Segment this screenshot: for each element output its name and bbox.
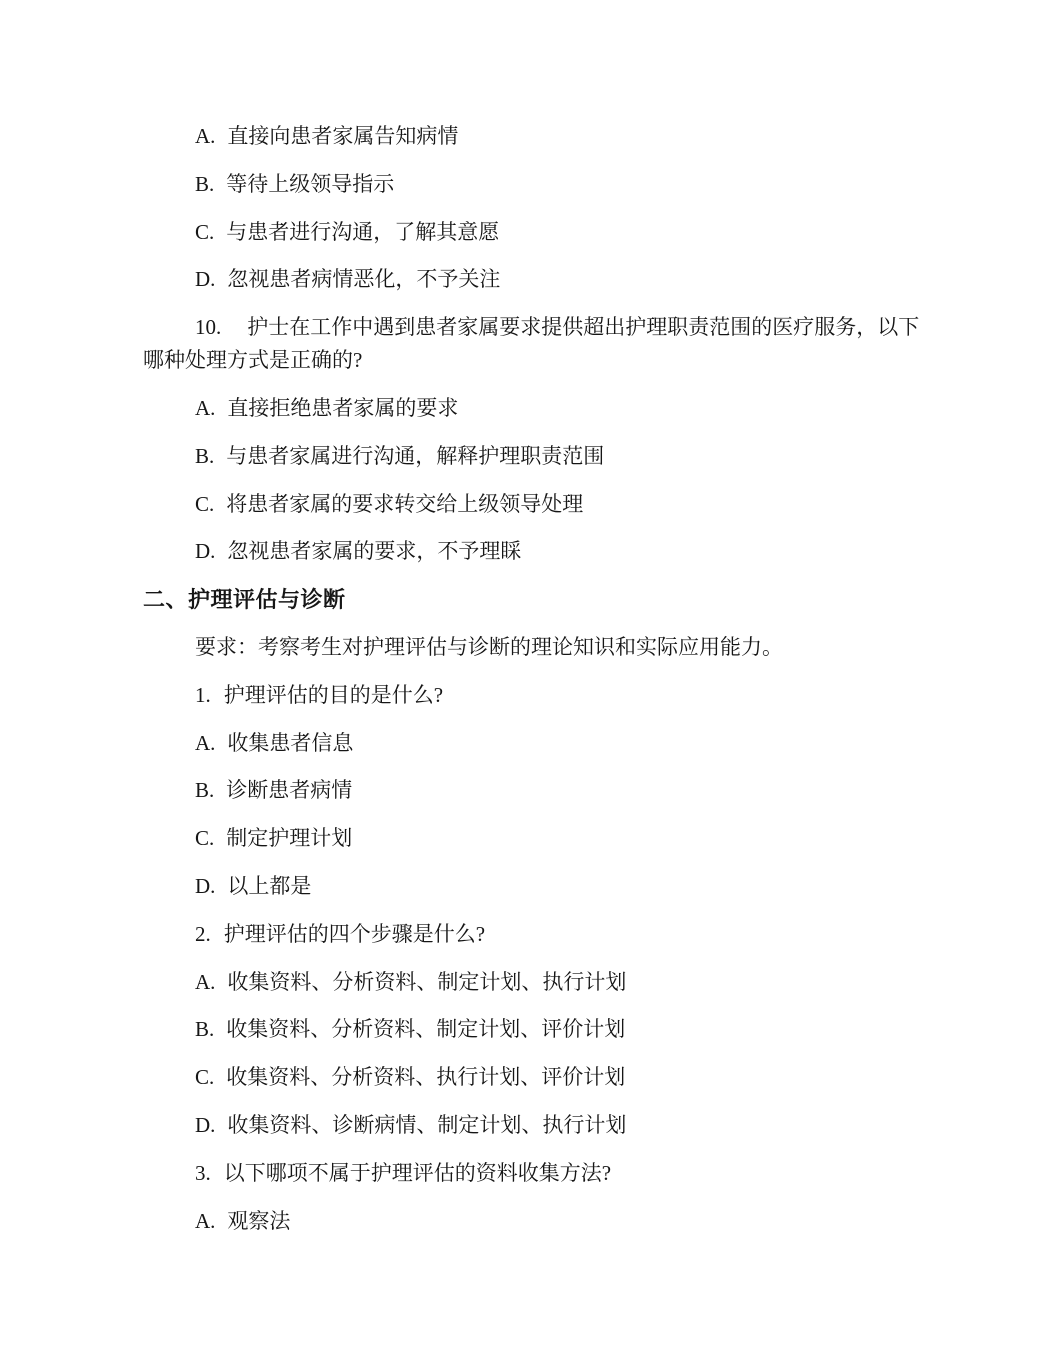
question-number: 2. bbox=[195, 922, 211, 946]
option-label: A. bbox=[195, 731, 215, 755]
option-label: B. bbox=[195, 1017, 214, 1041]
option-text: 与患者进行沟通，了解其意愿 bbox=[226, 220, 499, 244]
option-label: D. bbox=[195, 1113, 215, 1137]
question-text: 护士在工作中遇到患者家属要求提供超出护理职责范围的医疗服务，以下哪种处理方式是正… bbox=[143, 315, 919, 372]
option-label: C. bbox=[195, 1065, 214, 1089]
option-line: A.收集资料、分析资料、制定计划、执行计划 bbox=[143, 966, 938, 999]
option-label: C. bbox=[195, 492, 214, 516]
option-text: 观察法 bbox=[227, 1209, 290, 1233]
option-label: B. bbox=[195, 172, 214, 196]
option-line: C.收集资料、分析资料、执行计划、评价计划 bbox=[143, 1061, 938, 1094]
section-heading: 二、护理评估与诊断 bbox=[143, 583, 938, 616]
option-text: 等待上级领导指示 bbox=[226, 172, 394, 196]
option-text: 收集资料、诊断病情、制定计划、执行计划 bbox=[227, 1113, 626, 1137]
option-line: D.以上都是 bbox=[143, 870, 938, 903]
option-line: C.将患者家属的要求转交给上级领导处理 bbox=[143, 488, 938, 521]
option-text: 与患者家属进行沟通，解释护理职责范围 bbox=[226, 444, 604, 468]
question-number: 10. bbox=[195, 315, 221, 339]
question-line: 2.护理评估的四个步骤是什么? bbox=[143, 918, 938, 951]
option-label: A. bbox=[195, 396, 215, 420]
option-text: 忽视患者病情恶化，不予关注 bbox=[227, 267, 500, 291]
question-line: 10.护士在工作中遇到患者家属要求提供超出护理职责范围的医疗服务，以下哪种处理方… bbox=[143, 311, 938, 377]
option-text: 收集资料、分析资料、制定计划、执行计划 bbox=[227, 970, 626, 994]
question-number: 1. bbox=[195, 683, 211, 707]
option-text: 直接拒绝患者家属的要求 bbox=[227, 396, 458, 420]
option-line: C.制定护理计划 bbox=[143, 822, 938, 855]
option-label: A. bbox=[195, 970, 215, 994]
option-line: B.收集资料、分析资料、制定计划、评价计划 bbox=[143, 1013, 938, 1046]
option-label: B. bbox=[195, 778, 214, 802]
document-page: A.直接向患者家属告知病情 B.等待上级领导指示 C.与患者进行沟通，了解其意愿… bbox=[0, 0, 1056, 1365]
option-text: 诊断患者病情 bbox=[226, 778, 352, 802]
question-text: 以下哪项不属于护理评估的资料收集方法? bbox=[224, 1161, 611, 1185]
option-line: A.直接拒绝患者家属的要求 bbox=[143, 392, 938, 425]
option-line: C.与患者进行沟通，了解其意愿 bbox=[143, 216, 938, 249]
option-label: C. bbox=[195, 220, 214, 244]
option-line: A.收集患者信息 bbox=[143, 727, 938, 760]
option-line: B.诊断患者病情 bbox=[143, 774, 938, 807]
option-text: 收集资料、分析资料、执行计划、评价计划 bbox=[226, 1065, 625, 1089]
option-label: D. bbox=[195, 539, 215, 563]
option-text: 收集患者信息 bbox=[227, 731, 353, 755]
option-text: 制定护理计划 bbox=[226, 826, 352, 850]
option-line: D.忽视患者病情恶化，不予关注 bbox=[143, 263, 938, 296]
question-text: 护理评估的目的是什么? bbox=[224, 683, 443, 707]
option-line: D.收集资料、诊断病情、制定计划、执行计划 bbox=[143, 1109, 938, 1142]
question-number: 3. bbox=[195, 1161, 211, 1185]
option-text: 以上都是 bbox=[227, 874, 311, 898]
option-label: A. bbox=[195, 124, 215, 148]
option-text: 忽视患者家属的要求，不予理睬 bbox=[227, 539, 521, 563]
option-text: 收集资料、分析资料、制定计划、评价计划 bbox=[226, 1017, 625, 1041]
option-line: B.与患者家属进行沟通，解释护理职责范围 bbox=[143, 440, 938, 473]
option-label: A. bbox=[195, 1209, 215, 1233]
option-line: B.等待上级领导指示 bbox=[143, 168, 938, 201]
option-text: 将患者家属的要求转交给上级领导处理 bbox=[226, 492, 583, 516]
requirement-line: 要求：考察考生对护理评估与诊断的理论知识和实际应用能力。 bbox=[143, 631, 938, 664]
question-line: 3.以下哪项不属于护理评估的资料收集方法? bbox=[143, 1157, 938, 1190]
option-line: A.直接向患者家属告知病情 bbox=[143, 120, 938, 153]
option-line: D.忽视患者家属的要求，不予理睬 bbox=[143, 535, 938, 568]
question-line: 1.护理评估的目的是什么? bbox=[143, 679, 938, 712]
option-label: D. bbox=[195, 874, 215, 898]
option-label: B. bbox=[195, 444, 214, 468]
section-number: 二、 bbox=[143, 587, 188, 612]
option-line: A.观察法 bbox=[143, 1205, 938, 1238]
requirement-text: 要求：考察考生对护理评估与诊断的理论知识和实际应用能力。 bbox=[195, 635, 783, 659]
option-label: D. bbox=[195, 267, 215, 291]
question-text: 护理评估的四个步骤是什么? bbox=[224, 922, 485, 946]
section-title: 护理评估与诊断 bbox=[188, 587, 346, 612]
option-label: C. bbox=[195, 826, 214, 850]
option-text: 直接向患者家属告知病情 bbox=[227, 124, 458, 148]
